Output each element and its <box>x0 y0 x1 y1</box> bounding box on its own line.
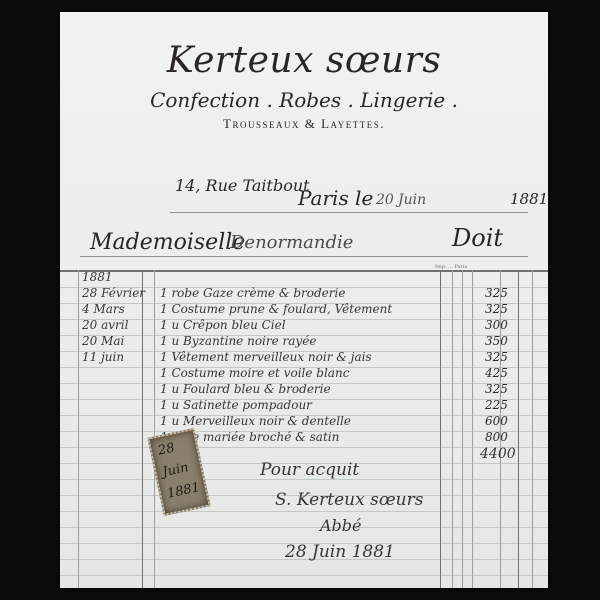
line-item-description: 1 u Byzantine noire rayée <box>160 334 316 348</box>
date-underline <box>170 212 528 213</box>
invoice-total: 4400 <box>480 446 516 462</box>
line-item-description: 1 Vêtement merveilleux noir & jais <box>160 350 372 364</box>
ledger-date: 28 Février <box>82 286 145 300</box>
ack-signature: S. Kerteux sœurs <box>275 490 423 510</box>
letterhead-tagline: Confection . Robes . Lingerie . <box>60 88 548 112</box>
ledger-column-line <box>452 270 453 588</box>
ledger-date: 4 Mars <box>82 302 125 316</box>
ledger-column-line <box>154 270 155 588</box>
ack-date: 28 Juin 1881 <box>285 542 395 562</box>
ledger-year: 1881 <box>82 270 113 284</box>
ledger-top-rule <box>60 270 548 272</box>
ledger-column-line <box>78 270 79 588</box>
stamp-line: 1881 <box>166 480 201 502</box>
letterhead-subtitle: Trousseaux & Layettes. <box>60 116 548 132</box>
line-item-amount: 325 <box>485 350 525 364</box>
address: 14, Rue Taitbout <box>175 176 310 195</box>
ack-pour-acquit: Pour acquit <box>260 460 359 480</box>
line-item-amount: 350 <box>485 334 525 348</box>
recipient-name: Denormandie <box>230 232 353 253</box>
line-item-description: 1 u Merveilleux noir & dentelle <box>160 414 351 428</box>
letterhead-name: Kerteux sœurs <box>60 40 548 81</box>
ledger-date: 20 Mai <box>82 334 124 348</box>
ack-signer: Abbé <box>320 516 362 535</box>
line-item-amount: 325 <box>485 302 525 316</box>
line-item-amount: 325 <box>485 382 525 396</box>
date-day: 20 <box>376 192 394 208</box>
line-item-description: 1 Costume moire et voile blanc <box>160 366 349 380</box>
line-item-description: 1 robe Gaze crème & broderie <box>160 286 345 300</box>
line-item-description: 1 Costume prune & foulard, Vêtement <box>160 302 392 316</box>
ledger-column-line <box>472 270 473 588</box>
stamp-line: Juin <box>161 460 190 480</box>
ledger-date: 20 avril <box>82 318 128 332</box>
line-item-description: 1 u Crêpon bleu Ciel <box>160 318 286 332</box>
line-item-amount: 800 <box>485 430 525 444</box>
recipient-prefix: Mademoiselle <box>90 230 245 255</box>
recipient-underline <box>80 256 528 257</box>
line-item-amount: 300 <box>485 318 525 332</box>
invoice-paper: Kerteux sœurs Confection . Robes . Linge… <box>60 12 548 588</box>
line-item-description: 1 u Foulard bleu & broderie <box>160 382 331 396</box>
ledger-column-line <box>142 270 143 588</box>
stamp-line: 28 <box>157 441 176 459</box>
doit-label: Doit <box>452 224 503 252</box>
ledger-column-line <box>440 270 441 588</box>
date-month: Juin <box>398 192 426 208</box>
line-item-amount: 225 <box>485 398 525 412</box>
city-label: Paris le <box>298 186 373 210</box>
ledger-date: 11 juin <box>82 350 124 364</box>
line-item-description: 1 u Satinette pompadour <box>160 398 312 412</box>
line-item-amount: 325 <box>485 286 525 300</box>
ledger-column-line <box>462 270 463 588</box>
line-item-amount: 425 <box>485 366 525 380</box>
line-item-amount: 600 <box>485 414 525 428</box>
date-year: 1881 <box>510 190 548 208</box>
ledger-column-line <box>532 270 533 588</box>
